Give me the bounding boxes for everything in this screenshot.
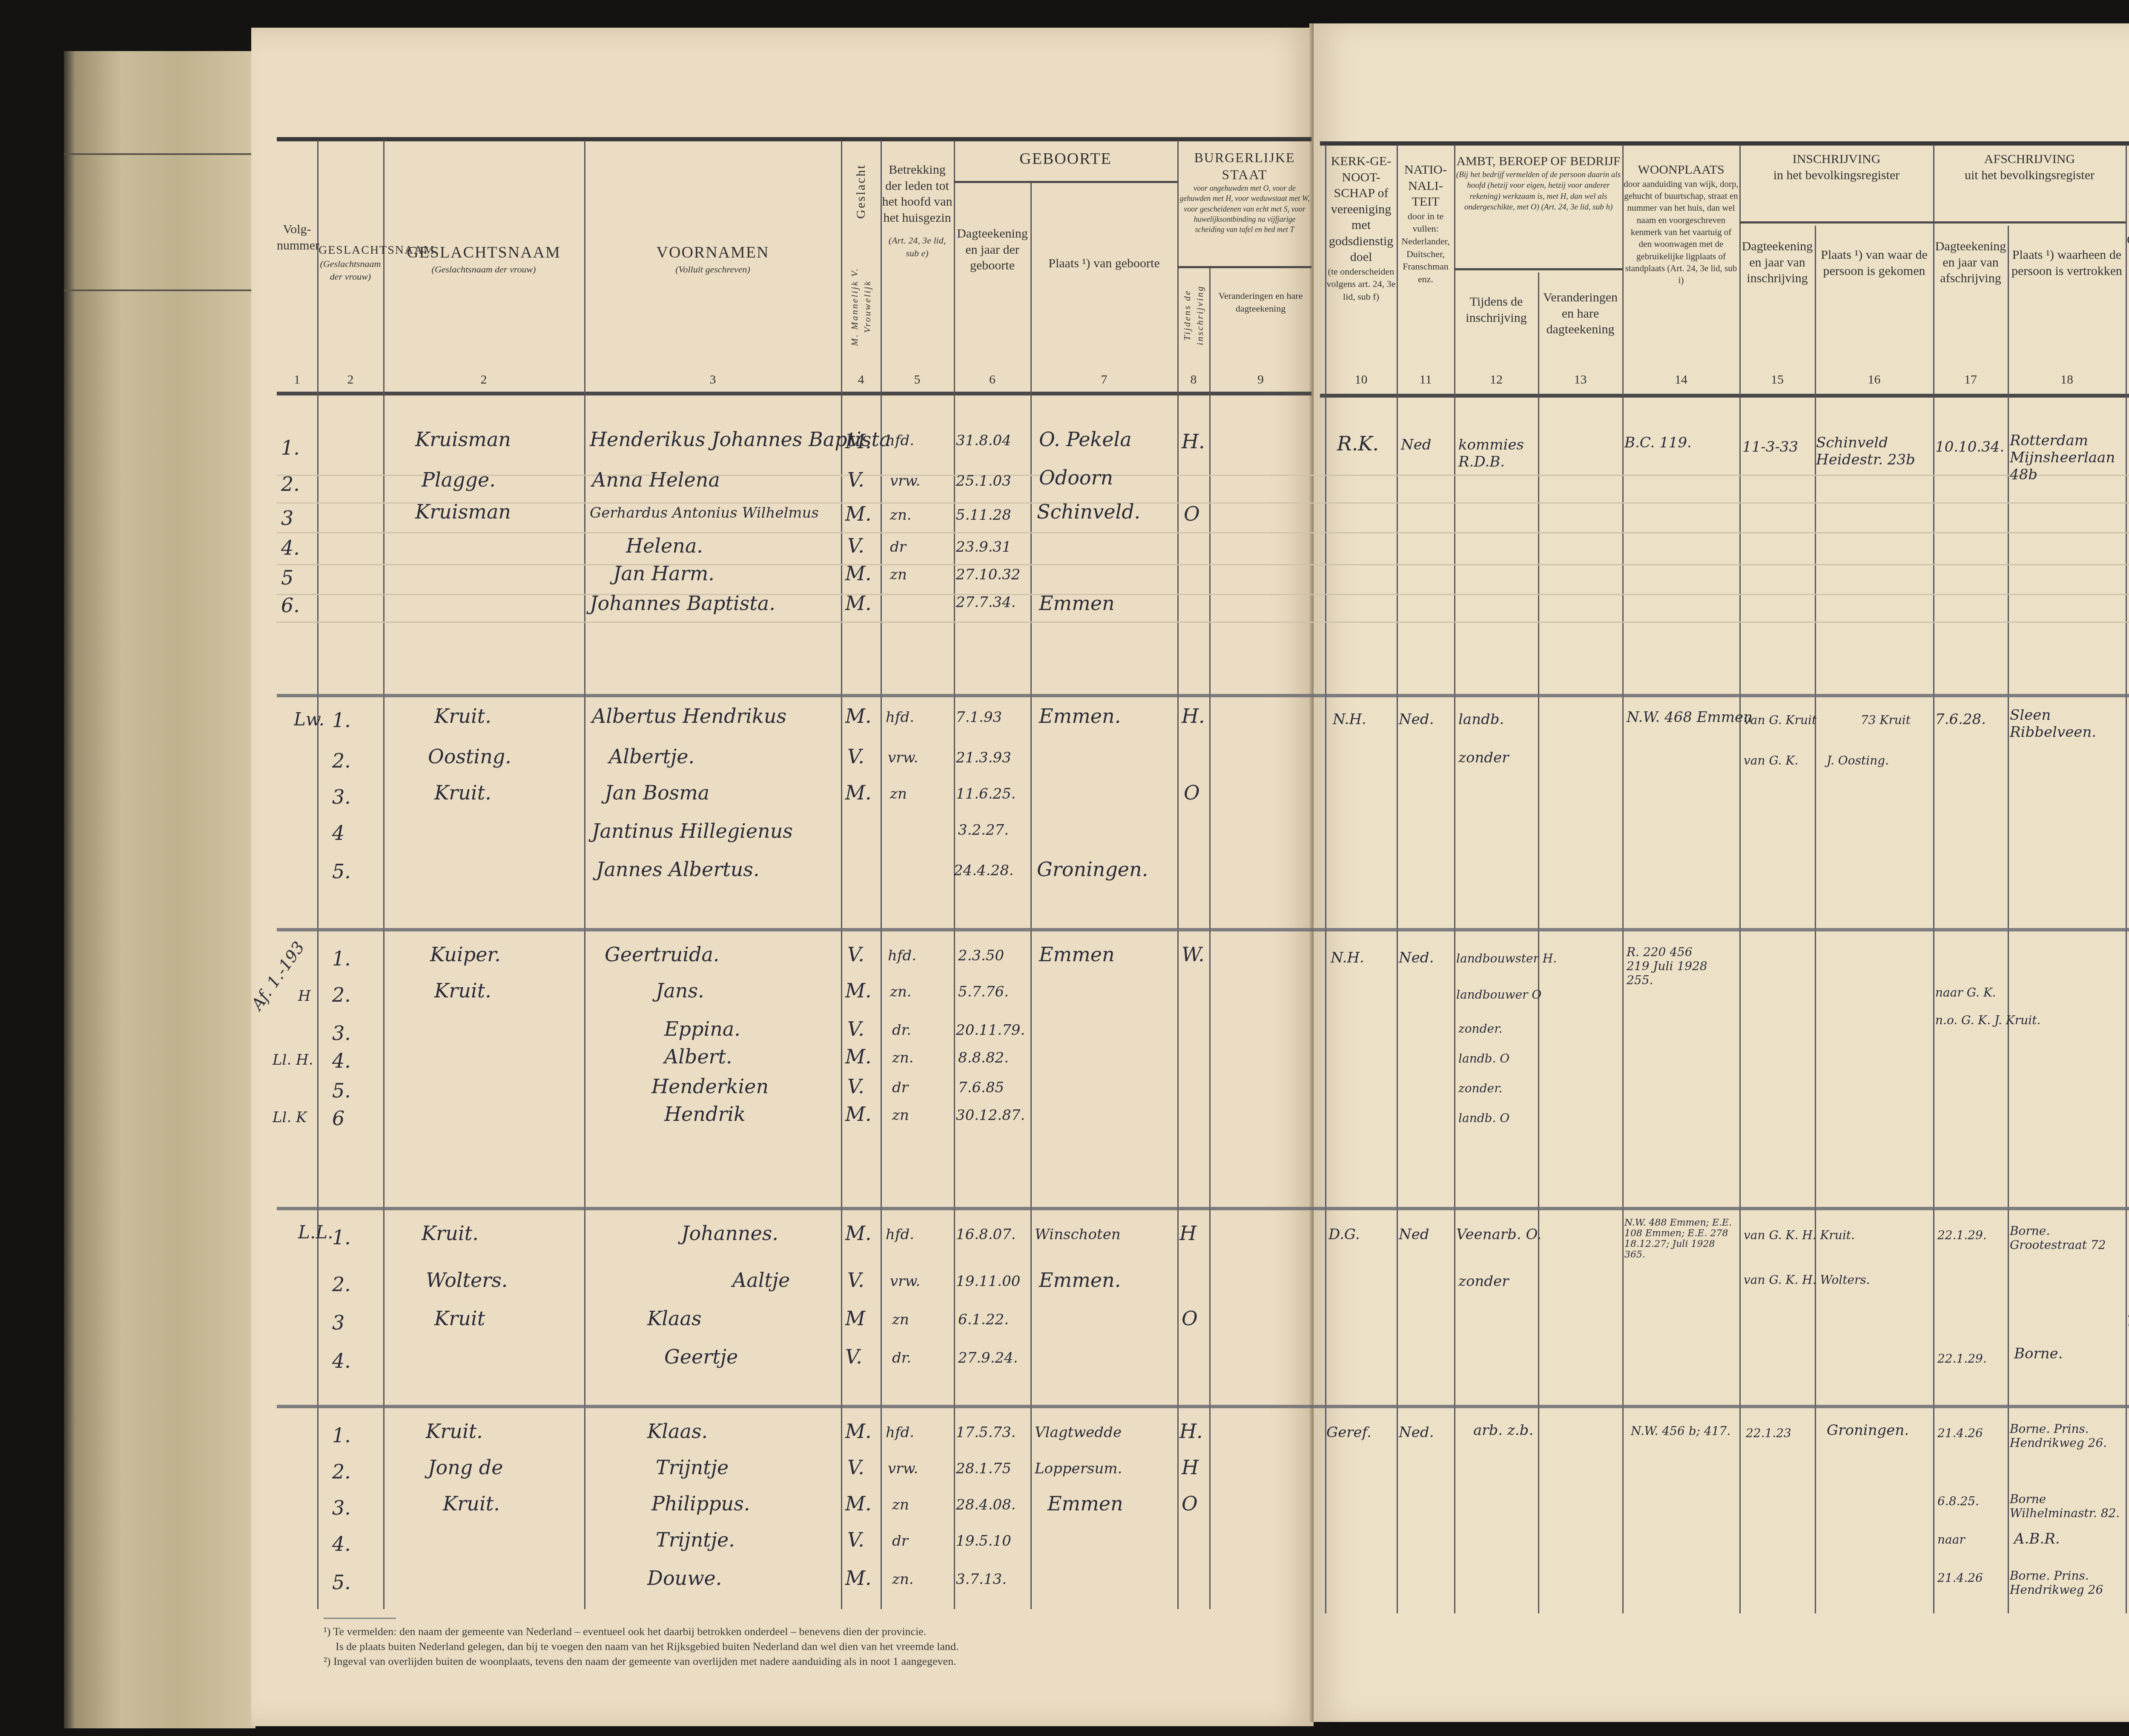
volgnummer: 4 <box>332 822 344 845</box>
sex: M. <box>845 502 872 525</box>
deregistration-note: n.o. G. K. J. Kruit. <box>1935 1013 2040 1027</box>
header-sublabel: M. Mannelijk V. Vrouwelijk <box>848 255 873 358</box>
nationality: Ned. <box>1399 1424 1434 1441</box>
deregistration-note: naar G. K. <box>1935 985 1996 1000</box>
row-rule <box>277 502 2129 504</box>
given-names: Geertruida. <box>605 943 720 966</box>
relation: zn <box>892 1496 909 1513</box>
relation: hfd. <box>886 1424 914 1441</box>
family-separator <box>277 1207 2129 1210</box>
deregistration-note: naar <box>1937 1533 1965 1547</box>
column-number: 14 <box>1624 372 1739 388</box>
column-number: 6 <box>955 372 1030 388</box>
header-sublabel: (te onderscheiden volgens art. 24, 3e li… <box>1326 265 1396 303</box>
volgnummer: 6 <box>332 1107 344 1130</box>
birth-date: 23.9.31 <box>956 539 1011 556</box>
header-col-5: Betrekking der leden tot het hoofd van h… <box>881 162 953 387</box>
role-marker: Ll. H. <box>273 1051 313 1069</box>
civil-status: O <box>1182 1492 1198 1515</box>
family-separator <box>277 1405 2129 1408</box>
header-col-10: KERK-GE-NOOT-SCHAP of vereeniging met go… <box>1326 153 1396 387</box>
header-label: KERK-GE-NOOT-SCHAP of vereeniging met go… <box>1326 153 1396 265</box>
row-rule <box>277 564 2129 565</box>
given-names: Albert. <box>664 1045 732 1068</box>
deregistration-date: 6.8.25. <box>1937 1494 1979 1508</box>
civil-status: H. <box>1179 1420 1203 1443</box>
birth-date: 27.10.32 <box>956 566 1020 583</box>
given-names: Aaltje <box>732 1269 790 1292</box>
volgnummer: 2. <box>332 1460 351 1483</box>
surname: Wolters. <box>426 1269 508 1292</box>
column-number: 18 <box>2009 372 2125 388</box>
nationality: Ned. <box>1399 711 1434 728</box>
birth-place: Groningen. <box>1037 858 1148 881</box>
relation: vrw. <box>888 1460 918 1477</box>
sex: M. <box>845 592 872 615</box>
header-sublabel: uit het bevolkingsregister <box>1934 167 2125 183</box>
sex: M <box>845 1307 865 1330</box>
footnotes: ¹) Te vermelden: den naam der gemeente v… <box>324 1618 958 1669</box>
group-rule-afschrijving <box>1933 221 2126 223</box>
page-stack-left <box>64 51 255 1728</box>
surname: Kruit. <box>434 781 491 804</box>
registration-origin-from: van G. K. <box>1744 753 1798 768</box>
header-col-16: Plaats ¹) van waar de persoon is gekomen… <box>1816 247 1932 387</box>
family-separator <box>277 928 2129 931</box>
header-col-1: Volg-nummer 1 <box>277 221 317 387</box>
residence: N.W. 488 Emmen; E.E. 108 Emmen; E.E. 278… <box>1624 1217 1735 1260</box>
relation: dr <box>892 1533 908 1550</box>
deregistration-date: 7.6.28. <box>1935 711 1986 728</box>
header-label: Volg-nummer <box>277 221 317 253</box>
column-number: 19 <box>2127 372 2129 388</box>
birth-date: 2.3.50 <box>958 947 1004 964</box>
header-label: Dagteekening en jaar van OVERLIJDEN ²) <box>2127 200 2129 264</box>
civil-status: O <box>1184 781 1200 804</box>
registration-date: 11-3-33 <box>1742 438 1798 455</box>
column-number: 9 <box>1211 372 1311 388</box>
volgnummer: 2. <box>281 473 300 496</box>
header-col-12: Tijdens de inschrijving 12 <box>1455 294 1537 387</box>
sex: V. <box>847 468 864 491</box>
header-col-7: Plaats ¹) van geboorte 7 <box>1032 255 1176 387</box>
deregistration-date: 10.10.34. <box>1935 438 2004 455</box>
column-number: 2 <box>383 372 584 388</box>
sex: V. <box>845 1345 862 1368</box>
surname: Kruit. <box>434 979 491 1002</box>
column-number: 17 <box>1934 372 2007 388</box>
birth-date: 21.3.93 <box>956 749 1011 766</box>
header-col-4: Geslacht M. Mannelijk V. Vrouwelijk 4 <box>842 145 880 387</box>
sex: M. <box>845 1492 872 1515</box>
header-label: GEBOORTE <box>954 149 1177 169</box>
occupation: landb. O <box>1458 1051 1509 1066</box>
nationality: Ned <box>1401 436 1432 453</box>
relation: zn <box>890 785 907 802</box>
registration-origin-from: van G. Kruit <box>1744 713 1816 727</box>
group-rule-ambt <box>1454 268 1622 270</box>
header-col-11: NATIO-NALI-TEIT door in te vullen: Neder… <box>1398 162 1453 387</box>
header-sublabel: (Geslachtsnaam der vrouw) <box>383 263 584 276</box>
column-number: 7 <box>1032 372 1176 388</box>
margin-annotation: Lw. <box>294 709 324 730</box>
birth-date: 27.7.34. <box>956 594 1016 611</box>
birth-place: Emmen <box>1039 943 1115 966</box>
birth-date: 5.7.76. <box>958 983 1009 1000</box>
header-label: Betrekking der leden tot het hoofd van h… <box>881 162 953 226</box>
column-number: 16 <box>1816 372 1932 388</box>
birth-place: Emmen. <box>1039 705 1121 728</box>
header-label: GESLACHTSNAAM <box>318 243 382 258</box>
deregistration-destination: Borne Wilhelminastr. 82. <box>2010 1492 2129 1520</box>
relation: hfd. <box>886 709 914 726</box>
sex: V. <box>847 1075 864 1098</box>
birth-date: 31.8.04 <box>956 432 1011 449</box>
header-sublabel: (Art. 24, 3e lid, sub e) <box>881 234 953 259</box>
occupation: zonder <box>1458 749 1509 766</box>
footnote-1-cont: Is de plaats buiten Nederland gelegen, d… <box>324 1639 958 1654</box>
birth-date: 24.4.28. <box>954 862 1014 879</box>
birth-date: 19.11.00 <box>956 1273 1020 1290</box>
given-names: Gerhardus Antonius Wilhelmus <box>590 504 819 521</box>
volgnummer: 4. <box>332 1349 351 1372</box>
volgnummer: 1. <box>332 1226 351 1249</box>
header-group-burgerlijke-staat: BURGERLIJKE STAAT voor ongehuwden met O,… <box>1179 149 1311 235</box>
occupation: kommies R.D.B. <box>1458 436 1544 470</box>
sex: M. <box>845 979 872 1002</box>
sex: M. <box>845 430 872 453</box>
header-label: Dagteekening en jaar van inschrijving <box>1741 238 1814 286</box>
sex: M. <box>845 1567 872 1590</box>
religion: D.G. <box>1328 1226 1360 1243</box>
given-names: Jannes Albertus. <box>596 858 760 881</box>
given-names: Jantinus Hillegienus <box>592 819 793 842</box>
given-names: Anna Helena <box>592 468 720 491</box>
header-bottom-rule <box>277 392 1311 395</box>
header-label: BURGERLIJKE STAAT <box>1179 149 1311 183</box>
sex: V. <box>847 745 864 768</box>
birth-place: Vlagtwedde <box>1035 1424 1122 1441</box>
surname: Kruit <box>434 1307 485 1330</box>
column-number: 15 <box>1741 372 1814 388</box>
birth-date: 28.1.75 <box>956 1460 1011 1477</box>
header-label: Veranderingen en hare dagteekening <box>1539 289 1621 338</box>
birth-date: 6.1.22. <box>958 1311 1009 1328</box>
birth-date: 27.9.24. <box>958 1349 1018 1366</box>
group-rule-geboorte <box>954 181 1177 183</box>
birth-date: 16.8.07. <box>956 1226 1016 1243</box>
birth-date: 30.12.87. <box>956 1107 1025 1124</box>
header-sublabel: door aanduiding van wijk, dorp, gehucht … <box>1624 178 1739 286</box>
birth-date: 5.11.28 <box>956 507 1011 524</box>
volgnummer: 4. <box>281 536 300 559</box>
occupation: Veenarb. O. <box>1456 1226 1541 1243</box>
registration-origin: Groningen. <box>1827 1422 1909 1439</box>
sex: M. <box>845 1222 872 1245</box>
volgnummer: 1. <box>332 947 351 970</box>
given-names: Johannes. <box>681 1222 778 1245</box>
relation: dr. <box>892 1349 911 1366</box>
role-marker: H <box>298 988 311 1005</box>
header-label: AFSCHRIJVING <box>1934 151 2125 167</box>
role-marker: Ll. K <box>273 1109 307 1126</box>
page-edge-line <box>64 153 255 155</box>
group-rule-inschrijving <box>1739 221 1933 223</box>
header-col-17: Dagteekening en jaar van afschrijving 17 <box>1934 238 2007 387</box>
birth-date: 17.5.73. <box>956 1424 1016 1441</box>
sex: V. <box>847 1017 864 1040</box>
relation: zn <box>890 566 907 583</box>
given-names: Douwe. <box>647 1567 722 1590</box>
header-col-14: WOONPLAATS door aanduiding van wijk, dor… <box>1624 162 1739 387</box>
volgnummer: 5 <box>281 566 293 589</box>
surname: Kruit. <box>434 705 491 728</box>
given-names: Klaas. <box>647 1420 708 1443</box>
footnote-rule <box>324 1618 396 1619</box>
header-label: WOONPLAATS <box>1624 162 1739 178</box>
civil-status: H. <box>1182 705 1205 728</box>
birth-date: 19.5.10 <box>956 1533 1011 1550</box>
surname: Jong de <box>428 1456 503 1479</box>
row-rule <box>277 594 2129 595</box>
sex: V. <box>847 1456 864 1479</box>
header-sublabel: voor ongehuwden met O, voor de gehuwden … <box>1179 183 1311 235</box>
registration-origin-from: van G. K. H. Wolters. <box>1744 1273 1870 1287</box>
header-label: Dagteekening en jaar der geboorte <box>955 226 1030 274</box>
surname: Kuiper. <box>430 943 501 966</box>
relation: zn. <box>890 507 912 524</box>
registration-origin-from: van G. K. H. Kruit. <box>1744 1228 1855 1242</box>
civil-status: H. <box>1182 430 1205 453</box>
deregistration-destination: Borne. Grootestraat 72 <box>2010 1224 2125 1252</box>
birth-place: O. Pekela <box>1039 428 1132 451</box>
sex: M. <box>845 705 872 728</box>
deregistration-destination: Sleen Ribbelveen. <box>2010 707 2120 741</box>
header-col-18: Plaats ¹) waarheen de persoon is vertrok… <box>2009 247 2125 387</box>
given-names: Geertje <box>664 1345 738 1368</box>
row-rule <box>277 475 2129 476</box>
column-number: 3 <box>585 372 840 388</box>
sex: M. <box>845 562 872 585</box>
header-col-13: Veranderingen en hare dagteekening 13 <box>1539 289 1621 387</box>
given-names: Johannes Baptista. <box>590 592 775 615</box>
birth-place: Schinveld. <box>1037 500 1140 523</box>
deregistration-date: 22.1.29. <box>1937 1228 1987 1242</box>
footnote-1: ¹) Te vermelden: den naam der gemeente v… <box>324 1624 958 1639</box>
residence: N.W. 456 b; 417. <box>1631 1424 1733 1438</box>
column-number: 4 <box>842 372 880 388</box>
column-number: 1 <box>277 372 317 388</box>
occupation: landbouwster H. <box>1456 951 1557 965</box>
occupation: arb. z.b. <box>1473 1422 1533 1439</box>
volgnummer: 3. <box>332 785 351 808</box>
registration-origin: J. Oosting. <box>1827 753 1889 768</box>
header-col-2-wide: GESLACHTSNAAM (Geslachtsnaam der vrouw) … <box>383 243 584 387</box>
header-col-8: Tijdens de inschrijving 8 <box>1179 272 1208 387</box>
volgnummer: 3 <box>281 507 293 530</box>
given-names: Jan Harm. <box>613 562 714 585</box>
volgnummer: 3. <box>332 1022 351 1045</box>
deregistration-date: 21.4.26 <box>1937 1426 1983 1440</box>
column-number: 5 <box>881 372 953 388</box>
header-label: Veranderingen en hare dagteekening <box>1211 289 1311 315</box>
birth-date: 3.7.13. <box>956 1571 1007 1588</box>
deregistration-destination: Borne. <box>2014 1345 2063 1362</box>
deregistration-date: 21.4.26 <box>1937 1571 1983 1585</box>
column-number: 13 <box>1539 372 1621 388</box>
row-rule <box>277 532 2129 533</box>
surname: Kruit. <box>422 1222 479 1245</box>
volgnummer: 1. <box>332 1424 351 1447</box>
header-label: NATIO-NALI-TEIT <box>1398 162 1453 210</box>
occupation: zonder. <box>1458 1022 1502 1036</box>
relation: zn <box>892 1311 909 1328</box>
surname: Kruisman <box>415 500 511 523</box>
header-group-ambt: AMBT, BEROEP OF BEDRIJF (Bij het bedrijf… <box>1455 153 1621 213</box>
sex: V. <box>847 943 864 966</box>
relation: dr <box>890 539 906 556</box>
volgnummer: 5. <box>332 1571 351 1594</box>
relation: hfd. <box>886 432 914 449</box>
family-separator <box>277 694 2129 697</box>
registration-origin: Schinveld Heidestr. 23b <box>1816 434 1931 468</box>
residence: N.W. 468 Emmen <box>1627 709 1753 726</box>
column-divider <box>1538 272 1539 1613</box>
birth-date: 11.6.25. <box>956 785 1016 802</box>
relation: hfd. <box>886 1226 914 1243</box>
sex: V. <box>847 534 864 557</box>
sex: V. <box>847 1269 864 1292</box>
residence: R. 220 456 219 Juli 1928 255. <box>1627 945 1712 987</box>
birth-date: 8.8.82. <box>958 1049 1009 1066</box>
registration-date: 22.1.23 <box>1746 1426 1791 1440</box>
header-label: VOORNAMEN <box>585 243 840 263</box>
civil-status: H <box>1179 1222 1196 1245</box>
birth-place: Emmen. <box>1039 1269 1121 1292</box>
civil-status: H <box>1182 1456 1199 1479</box>
surname: Kruit. <box>426 1420 483 1443</box>
sex: M. <box>845 1103 872 1126</box>
column-number: 11 <box>1398 372 1453 388</box>
deregistration-destination: A.B.R. <box>2014 1530 2060 1547</box>
given-names: Jans. <box>656 979 704 1002</box>
header-label: Tijdens de inschrijving <box>1455 294 1537 326</box>
relation: dr <box>892 1079 908 1096</box>
volgnummer: 1. <box>281 436 300 459</box>
given-names: Trijntje <box>656 1456 729 1479</box>
given-names: Henderkien <box>651 1075 769 1098</box>
given-names: Albertje. <box>609 745 694 768</box>
header-group-geboorte: GEBOORTE <box>954 149 1177 169</box>
religion: N.H. <box>1331 949 1364 966</box>
relation: zn. <box>892 1049 914 1066</box>
volgnummer: 3. <box>332 1496 351 1519</box>
relation: dr. <box>892 1022 911 1039</box>
surname: Kruit. <box>443 1492 500 1515</box>
header-group-inschrijving: INSCHRIJVING in het bevolkingsregister <box>1741 151 1932 183</box>
occupation: landb. O <box>1458 1111 1509 1125</box>
birth-date: 28.4.08. <box>956 1496 1016 1513</box>
given-names: Philippus. <box>651 1492 750 1515</box>
sex: M. <box>845 1045 872 1068</box>
occupation: landbouwer O <box>1456 988 1541 1002</box>
header-group-afschrijving: AFSCHRIJVING uit het bevolkingsregister <box>1934 151 2125 183</box>
header-label: Geslacht <box>853 145 869 238</box>
given-names: Albertus Hendrikus <box>592 705 786 728</box>
relation: vrw. <box>890 473 920 490</box>
header-sublabel: (Bij het bedrijf vermelden of de persoon… <box>1455 169 1621 213</box>
given-names: Klaas <box>647 1307 702 1330</box>
header-label: Plaats ¹) van waar de persoon is gekomen <box>1816 247 1932 279</box>
header-label: AMBT, BEROEP OF BEDRIJF <box>1455 153 1621 169</box>
volgnummer: 5. <box>332 1079 351 1102</box>
header-col-2: GESLACHTSNAAM (Geslachtsnaam der vrouw) … <box>318 243 382 387</box>
deregistration-date: 22.1.29. <box>1937 1352 1987 1366</box>
header-top-rule <box>277 137 1311 141</box>
civil-status: O <box>1184 502 1200 525</box>
row-rule <box>277 622 2129 623</box>
header-top-rule <box>1320 141 2129 146</box>
birth-place: Winschoten <box>1035 1226 1121 1243</box>
birth-date: 3.2.27. <box>958 822 1009 839</box>
surname: Plagge. <box>422 468 496 491</box>
relation: zn <box>892 1107 909 1124</box>
column-number: 8 <box>1179 372 1208 388</box>
header-col-9: Veranderingen en hare dagteekening 9 <box>1211 289 1311 387</box>
volgnummer: 2. <box>332 1273 351 1296</box>
margin-annotation: L.L. <box>298 1222 333 1243</box>
religion: R.K. <box>1337 432 1379 455</box>
volgnummer: 6. <box>281 594 300 617</box>
residence: B.C. 119. <box>1624 434 1692 451</box>
birth-date: 25.1.03 <box>956 473 1011 490</box>
header-label: Plaats ¹) van geboorte <box>1032 255 1176 272</box>
occupation: landb. <box>1458 711 1504 728</box>
header-label: GESLACHTSNAAM <box>383 243 584 263</box>
surname: Oosting. <box>428 745 511 768</box>
header-label: Plaats ¹) waarheen de persoon is vertrok… <box>2009 247 2125 279</box>
group-rule-staat <box>1177 266 1311 268</box>
header-sublabel: in het bevolkingsregister <box>1741 167 1932 183</box>
deregistration-destination: Borne. Prins. Hendrikweg 26. <box>2010 1422 2129 1450</box>
birth-date: 20.11.79. <box>956 1022 1025 1039</box>
birth-place: Emmen <box>1039 592 1115 615</box>
civil-status: O <box>1182 1307 1198 1330</box>
header-sublabel: (Volluit geschreven) <box>585 263 840 276</box>
column-number: 10 <box>1326 372 1396 388</box>
footnote-2: ²) Ingeval van overlijden buiten de woon… <box>324 1654 958 1669</box>
header-label: Dagteekening en jaar van afschrijving <box>1934 238 2007 286</box>
relation: zn. <box>890 983 912 1000</box>
nationality: Ned. <box>1399 949 1434 966</box>
sex: V. <box>847 1528 864 1551</box>
given-names: Hendrik <box>664 1103 746 1126</box>
birth-date: 7.1.93 <box>956 709 1002 726</box>
nationality: Ned <box>1399 1226 1429 1243</box>
relation: hfd. <box>888 947 916 964</box>
volgnummer: 1. <box>332 709 351 732</box>
religion: N.H. <box>1333 711 1366 728</box>
relation: zn. <box>892 1571 914 1588</box>
column-divider <box>1030 183 1032 1609</box>
birth-place: Emmen <box>1047 1492 1123 1515</box>
volgnummer: 5. <box>332 860 351 883</box>
occupation: zonder. <box>1458 1081 1502 1095</box>
volgnummer: 4. <box>332 1049 351 1072</box>
column-number: 2 <box>318 372 382 388</box>
header-label: INSCHRIJVING <box>1741 151 1932 167</box>
page-edge-line <box>64 289 255 291</box>
